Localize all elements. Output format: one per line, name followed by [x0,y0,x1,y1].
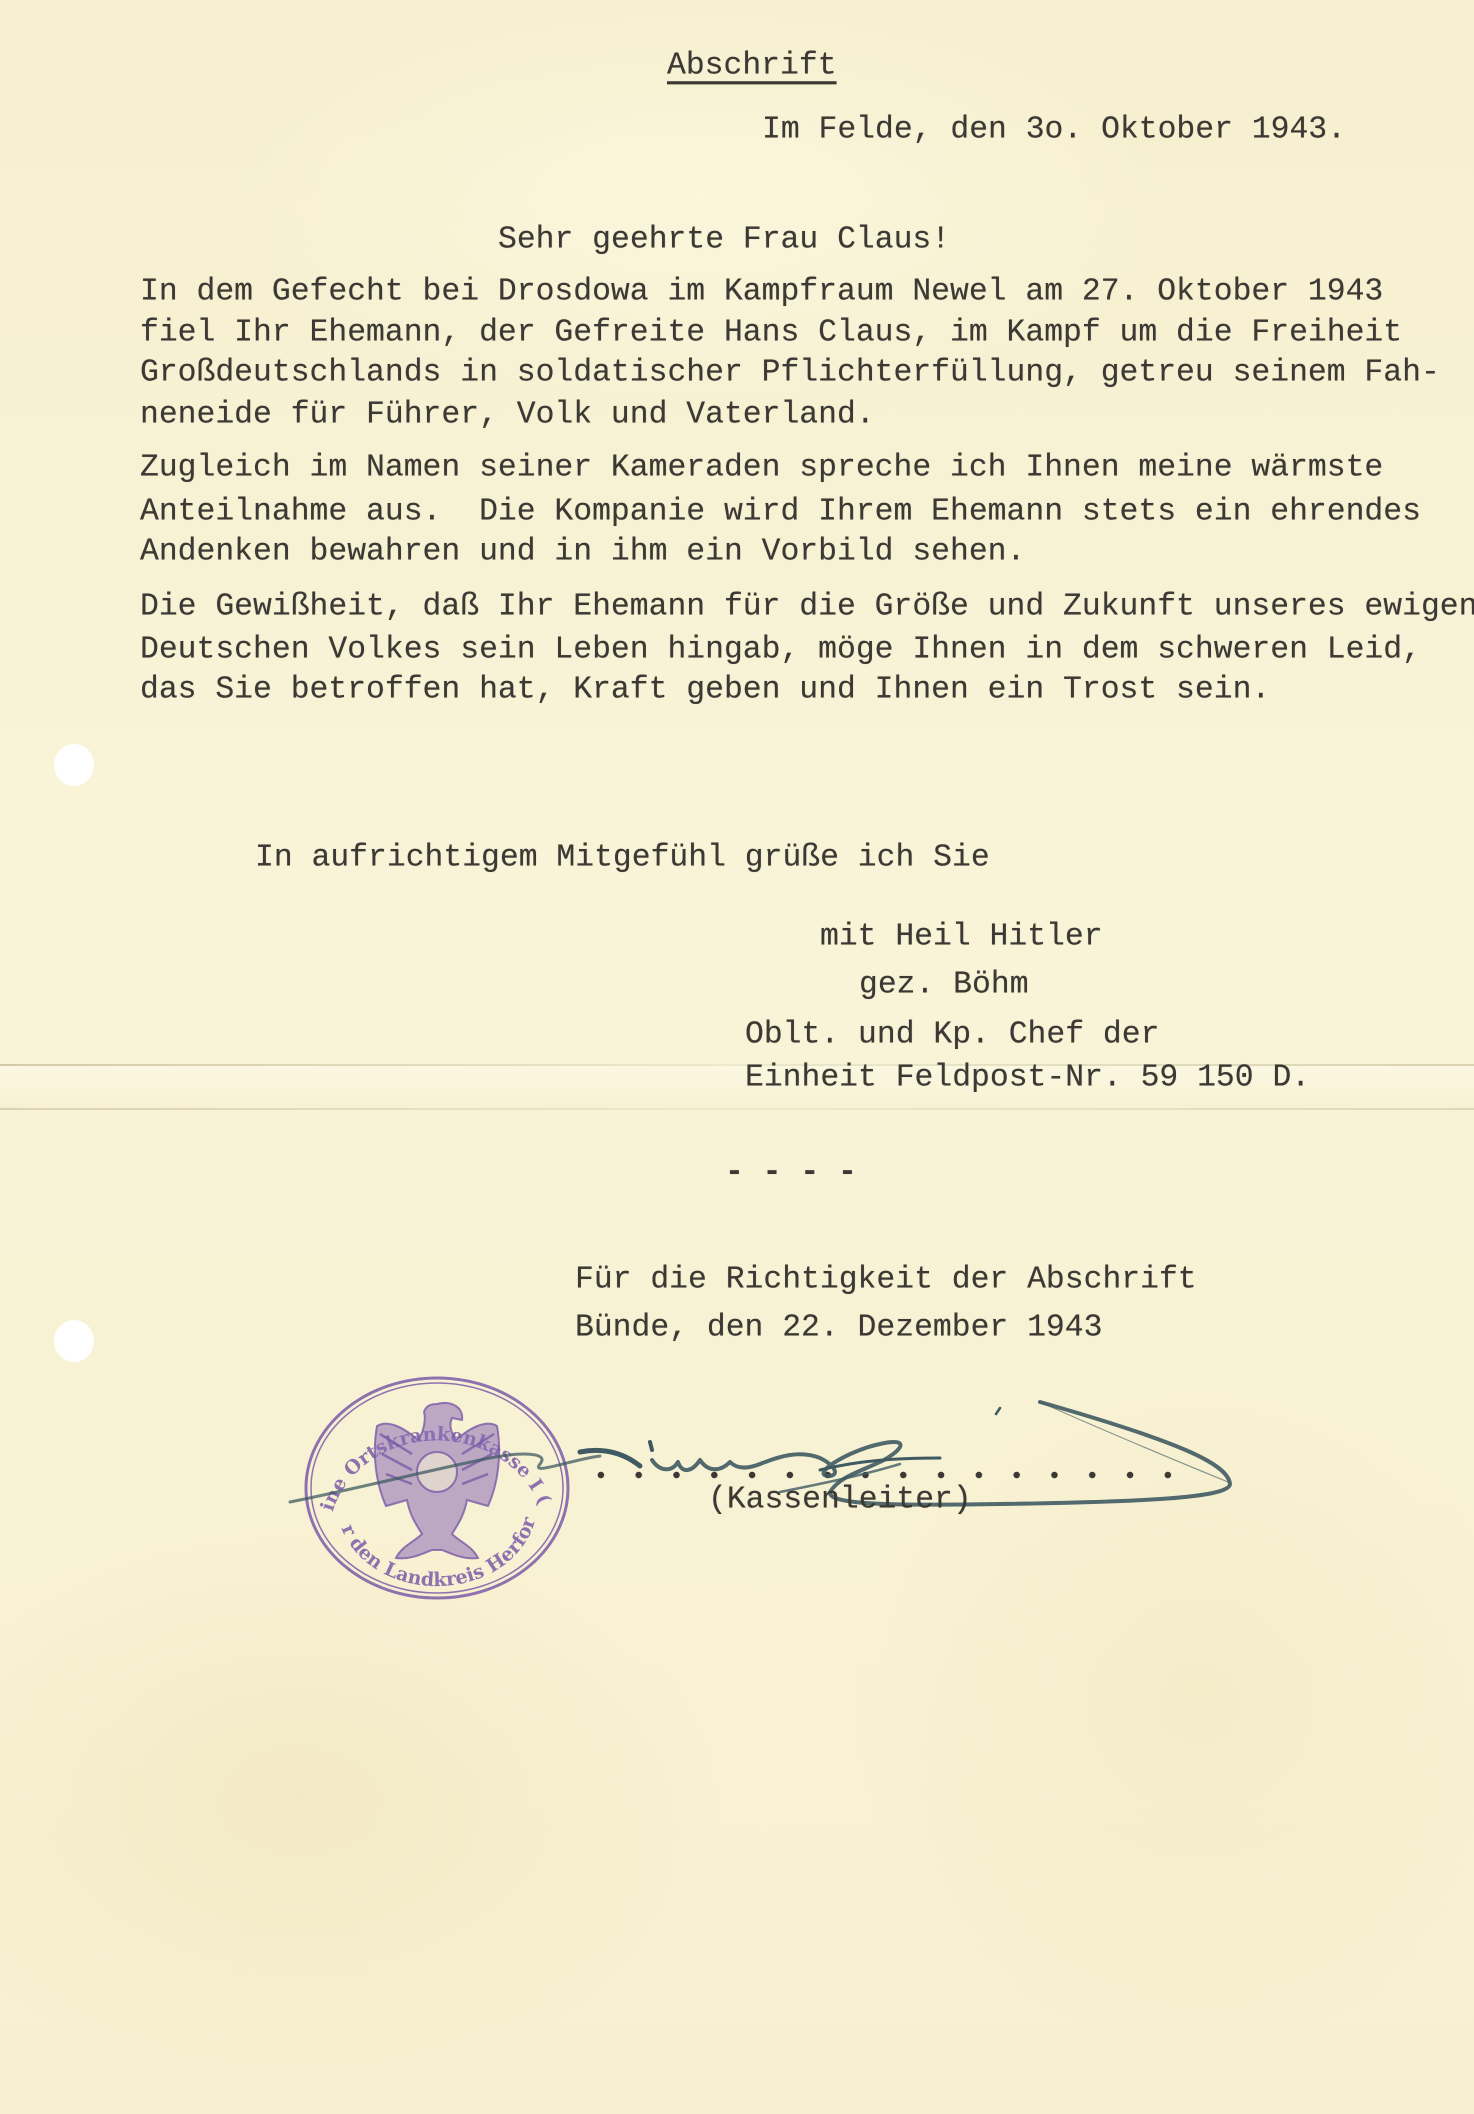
paragraph-line: neneide für Führer, Volk und Vaterland. [140,399,875,430]
paragraph-line: In dem Gefecht bei Drosdowa im Kampfraum… [140,276,1383,307]
attestation-line-1: Für die Richtigkeit der Abschrift [575,1264,1197,1295]
document-page: Abschrift Im Felde, den 3o. Oktober 1943… [0,0,1474,2114]
document-title: Abschrift [667,50,837,81]
salutation: Sehr geehrte Frau Claus! [498,224,950,255]
paragraph-line: Andenken bewahren und in ihm ein Vorbild… [140,536,1025,567]
paragraph-line: Deutschen Volkes sein Leben hingab, möge… [140,634,1421,665]
fold-crease-lower [0,1108,1474,1110]
punch-hole-upper [54,744,94,786]
signoff-unit: Einheit Feldpost-Nr. 59 150 D. [745,1062,1310,1093]
signoff-rank: Oblt. und Kp. Chef der [745,1019,1159,1050]
signoff-greeting: mit Heil Hitler [820,921,1103,952]
attestation-line-2: Bünde, den 22. Dezember 1943 [575,1312,1102,1343]
signer-role: (Kassenleiter) [708,1484,972,1515]
closing-line: In aufrichtigem Mitgefühl grüße ich Sie [255,842,990,873]
punch-hole-lower [54,1320,94,1362]
signoff-signed: gez. Böhm [859,969,1029,1000]
paragraph-line: Großdeutschlands in soldatischer Pflicht… [140,357,1440,388]
paragraph-line: fiel Ihr Ehemann, der Gefreite Hans Clau… [140,317,1402,348]
separator: - - - - [725,1157,857,1188]
paragraph-line: Anteilnahme aus. Die Kompanie wird Ihrem… [140,496,1421,527]
paragraph-line: Die Gewißheit, daß Ihr Ehemann für die G… [140,591,1474,622]
paragraph-line: das Sie betroffen hat, Kraft geben und I… [140,674,1270,705]
place-date: Im Felde, den 3o. Oktober 1943. [762,114,1346,145]
paragraph-line: Zugleich im Namen seiner Kameraden sprec… [140,452,1383,483]
